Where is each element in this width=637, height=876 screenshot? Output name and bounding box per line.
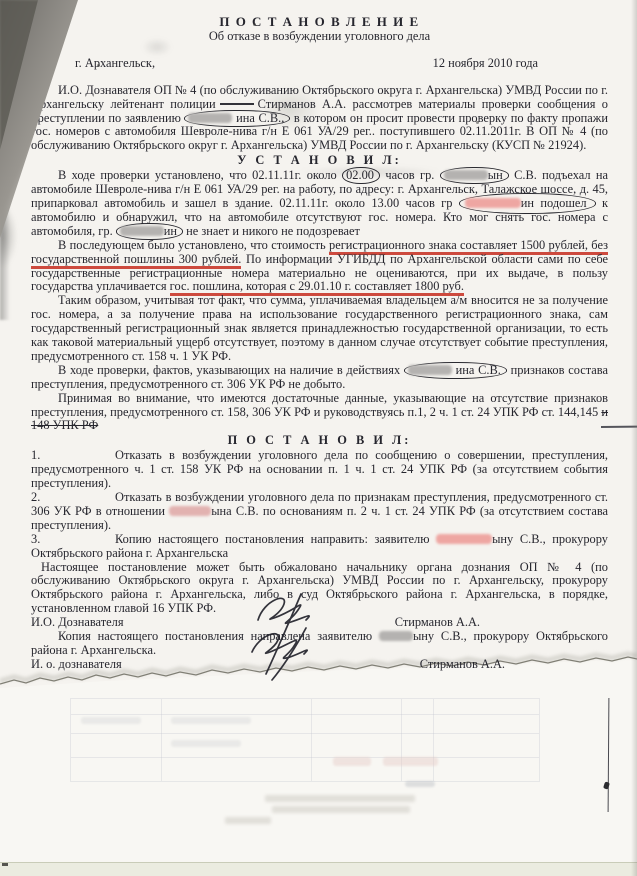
dust-speck bbox=[476, 121, 479, 124]
redacted-name-blur-pink bbox=[436, 534, 492, 544]
p5-name: ина С.В. bbox=[456, 363, 501, 377]
redacted-name-blur bbox=[379, 631, 413, 641]
sig1-title: И.О. Дознавателя bbox=[31, 616, 124, 630]
item-number: 3. bbox=[31, 533, 115, 547]
p2-text-e: не знает и никого не подозревает bbox=[186, 224, 360, 238]
ghost-text-blob bbox=[383, 757, 438, 766]
ghost-table-line bbox=[161, 699, 162, 781]
ghost-text-blob bbox=[81, 717, 141, 724]
redacted-name-blur-pink bbox=[169, 506, 211, 516]
item-number: 1. bbox=[31, 449, 115, 463]
dust-speck bbox=[97, 64, 100, 67]
sig2-title: И. о. дознавателя bbox=[31, 658, 122, 672]
item3-text-a: Копию настоящего постановления направить… bbox=[115, 532, 429, 546]
pen-dash-mark bbox=[220, 103, 254, 104]
ghost-text-blob bbox=[272, 806, 410, 813]
ghost-table-line bbox=[311, 699, 312, 781]
p2-text-b: часов гр. bbox=[385, 168, 434, 182]
ghost-table-line bbox=[401, 699, 402, 781]
p2-name3: ин bbox=[164, 224, 177, 238]
ghost-text-blob bbox=[171, 717, 251, 724]
ghost-text-blob bbox=[171, 740, 241, 747]
scanned-document-page: П О С Т А Н О В Л Е Н И Е Об отказе в во… bbox=[0, 0, 637, 876]
redacted-name-blur bbox=[188, 113, 232, 123]
p2-text-a: В ходе проверки установлено, что 02.11.1… bbox=[58, 168, 337, 182]
p2-time: 02.00 bbox=[346, 168, 374, 182]
ghost-text-blob bbox=[333, 757, 371, 766]
item1-text: Отказать в возбуждении уголовного дела п… bbox=[31, 448, 608, 490]
paragraph-conclusion: Таким образом, учитывая тот факт, что су… bbox=[31, 294, 608, 364]
paragraph-facts: В ходе проверки, фактов, указывающих на … bbox=[31, 364, 608, 392]
resolution-item-3: 3.Копию настоящего постановления направи… bbox=[31, 533, 608, 561]
paragraph-cost: В последующем было установлено, что стои… bbox=[31, 239, 608, 295]
fold-line bbox=[608, 698, 610, 812]
ghost-text-blob bbox=[405, 781, 435, 787]
heading-postanovil: П О С Т А Н О В И Л: bbox=[31, 434, 608, 448]
document-date: 12 ноября 2010 года bbox=[433, 57, 538, 71]
paragraph-intro: И.О. Дознавателя ОП № 4 (по обслуживанию… bbox=[31, 84, 608, 154]
p5-text-a: В ходе проверки, фактов, указывающих на … bbox=[58, 363, 400, 377]
scanner-bottom-strip bbox=[0, 862, 637, 876]
document-title: П О С Т А Н О В Л Е Н И Е bbox=[31, 15, 608, 29]
ghost-text-blob bbox=[225, 817, 271, 824]
right-edge-shadow bbox=[631, 0, 637, 876]
ghost-text-blob bbox=[265, 795, 415, 802]
ghost-table-line bbox=[433, 699, 434, 781]
document-subtitle: Об отказе в возбуждении уголовного дела bbox=[31, 30, 608, 44]
sig1-name: Стирманов А.А. bbox=[395, 616, 480, 630]
ghost-table-line bbox=[71, 733, 539, 734]
p2-name1: ын bbox=[488, 168, 503, 182]
item-number: 2. bbox=[31, 491, 115, 505]
meta-row: г. Архангельск, 12 ноября 2010 года bbox=[31, 57, 608, 71]
resolution-item-2: 2.Отказать в возбуждении уголовного дела… bbox=[31, 491, 608, 533]
sig2-name: Стирманов А.А. bbox=[420, 658, 505, 672]
ghost-table-line bbox=[71, 757, 539, 758]
redacted-name-blur bbox=[408, 365, 452, 375]
redacted-name-blur bbox=[120, 226, 164, 236]
paragraph-grounds: Принимая во внимание, что имеются достат… bbox=[31, 392, 608, 434]
document-city: г. Архангельск, bbox=[75, 57, 155, 71]
annotation-circle: ина С.В. bbox=[404, 362, 507, 379]
p6-text-a: Принимая во внимание, что имеются достат… bbox=[31, 391, 608, 419]
item3-name: ыну С.В., bbox=[492, 532, 546, 546]
p3-text-a: В последующем было установлено, что стои… bbox=[58, 238, 326, 252]
scanner-edge-mark bbox=[2, 863, 8, 866]
dust-speck bbox=[253, 23, 256, 26]
p2-name2: ин подошел bbox=[521, 196, 587, 210]
paragraph-inspection: В ходе проверки установлено, что 02.11.1… bbox=[31, 169, 608, 239]
resolution-item-1: 1.Отказать в возбуждении уголовного дела… bbox=[31, 449, 608, 491]
redacted-name-blur-pink bbox=[465, 198, 521, 208]
handwritten-signature bbox=[244, 586, 374, 682]
heading-ustanovil: У С Т А Н О В И Л: bbox=[31, 154, 608, 168]
ghost-table-line bbox=[71, 714, 539, 715]
intro-name: ина С.В., bbox=[236, 111, 284, 125]
item2-name: ына С.В. bbox=[211, 504, 258, 518]
redacted-name-blur bbox=[444, 170, 488, 180]
ghost-table bbox=[70, 698, 540, 782]
document-body: П О С Т А Н О В Л Е Н И Е Об отказе в во… bbox=[31, 15, 608, 672]
